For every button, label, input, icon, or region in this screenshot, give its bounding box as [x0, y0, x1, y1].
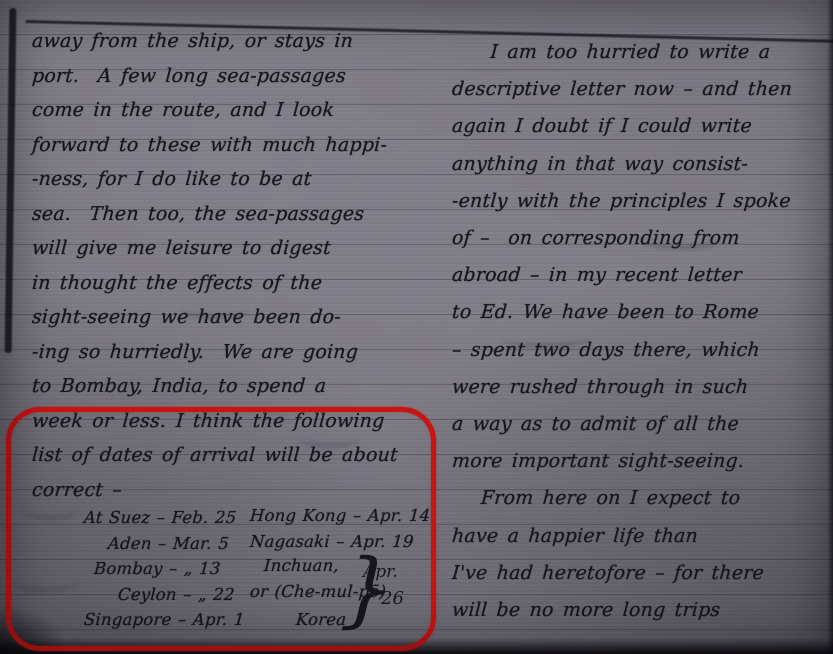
- handwritten-line: more important sight-seeing.: [451, 443, 832, 480]
- handwritten-line: in thought the effects of the: [31, 266, 433, 301]
- handwritten-line: -ing so hurriedly. We are going: [31, 335, 433, 370]
- handwritten-line: will be no more long trips: [451, 592, 832, 629]
- handwritten-line: away from the ship, or stays in: [31, 24, 433, 59]
- itinerary-entry: At Suez – Feb. 25: [83, 505, 245, 531]
- handwritten-line: week or less. I think the following: [31, 404, 433, 439]
- corner-shadow: [0, 604, 70, 654]
- left-page-text: away from the ship, or stays inport. A f…: [32, 24, 432, 507]
- handwritten-line: to Bombay, India, to spend a: [31, 369, 433, 404]
- handwritten-line: have a happier life than: [451, 518, 832, 555]
- itinerary-entry: Ceylon – „ 22: [117, 582, 245, 608]
- handwritten-line: a way as to admit of all the: [451, 406, 832, 443]
- letter-photo-scene: away from the ship, or stays inport. A f…: [0, 0, 833, 654]
- handwritten-line: sea. Then too, the sea-passages: [31, 197, 433, 232]
- handwritten-line: forward to these with much happi-: [31, 128, 433, 163]
- book-binding-edge: [5, 8, 17, 353]
- handwritten-line: again I doubt if I could write: [451, 108, 832, 145]
- brace-day: 26: [381, 588, 404, 609]
- handwritten-line: were rushed through in such: [451, 369, 832, 406]
- ink-smudge: [10, 570, 80, 591]
- itinerary-brace-date: Apr. 26: [363, 562, 404, 609]
- itinerary-entry: Nagasaki – Apr. 19: [249, 529, 431, 555]
- handwritten-line: anything in that way consist-: [451, 146, 832, 183]
- itinerary-entry: Aden – Mar. 5: [107, 531, 245, 557]
- handwritten-line: abroad – in my recent letter: [451, 257, 832, 294]
- handwritten-line: correct –: [31, 473, 433, 508]
- page-bottom-edge-shadow: [0, 638, 833, 654]
- itinerary-entry: Bombay – „ 13: [93, 556, 245, 582]
- handwritten-line: come in the route, and I look: [31, 93, 433, 128]
- handwritten-line: sight-seeing we have been do-: [31, 300, 433, 335]
- right-page-text: I am too hurried to write adescriptive l…: [452, 34, 830, 629]
- handwritten-line: of – on corresponding from: [451, 220, 832, 257]
- handwritten-line: -ness, for I do like to be at: [31, 162, 433, 197]
- handwritten-line: to Ed. We have been to Rome: [451, 294, 832, 331]
- itinerary-entry: Hong Kong – Apr. 14: [249, 503, 431, 529]
- handwritten-line: I am too hurried to write a: [451, 34, 832, 71]
- handwritten-line: descriptive letter now – and then: [451, 71, 832, 108]
- handwritten-line: I've had heretofore – for there: [451, 555, 832, 592]
- handwritten-line: will give me leisure to digest: [31, 231, 433, 266]
- handwritten-line: From here on I expect to: [451, 480, 832, 517]
- handwritten-line: list of dates of arrival will be about: [31, 438, 433, 473]
- itinerary-entry: Singapore – Apr. 1: [83, 607, 245, 633]
- handwritten-line: – spent two days there, which: [451, 332, 832, 369]
- itinerary-left-column: At Suez – Feb. 25Aden – Mar. 5Bombay – „…: [84, 505, 245, 633]
- notebook-page: away from the ship, or stays inport. A f…: [0, 0, 833, 654]
- brace-month: Apr.: [363, 562, 398, 582]
- handwritten-line: -ently with the principles I spoke: [451, 183, 832, 220]
- handwritten-line: port. A few long sea-passages: [31, 59, 433, 94]
